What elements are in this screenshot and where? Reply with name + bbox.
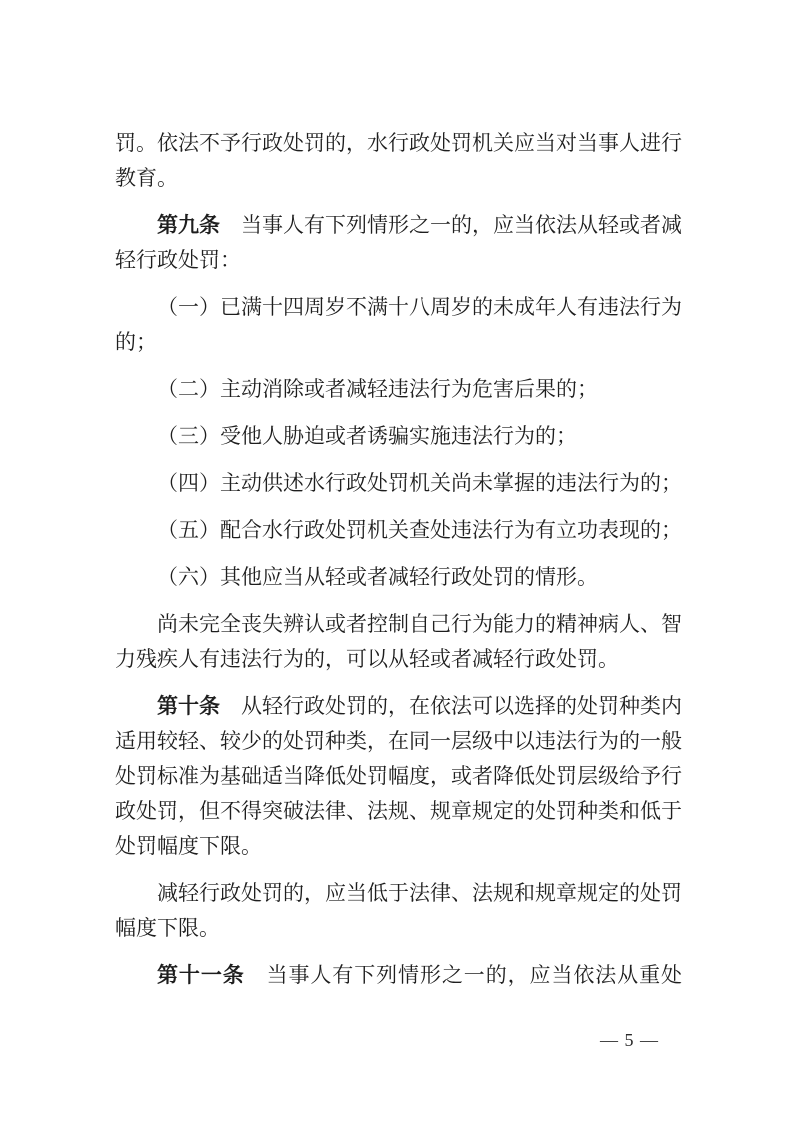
text-line: （三）受他人胁迫或者诱骗实施违法行为的； [115, 419, 682, 454]
text-line: 处罚幅度下限。 [115, 829, 682, 864]
text-line: 力残疾人有违法行为的，可以从轻或者减轻行政处罚。 [115, 642, 682, 677]
paragraph-item-3: （三）受他人胁迫或者诱骗实施违法行为的； [115, 419, 682, 454]
paragraph-item-6: （六）其他应当从轻或者减轻行政处罚的情形。 [115, 560, 682, 595]
paragraph-item-2: （二）主动消除或者减轻违法行为危害后果的； [115, 372, 682, 407]
text-line: 第九条 当事人有下列情形之一的，应当依法从轻或者减 [115, 208, 682, 243]
paragraph-item-1: （一）已满十四周岁不满十八周岁的未成年人有违法行为 的； [115, 290, 682, 360]
text-line: 的； [115, 325, 682, 360]
paragraph-item-4: （四）主动供述水行政处罚机关尚未掌握的违法行为的； [115, 466, 682, 501]
text-line: 教育。 [115, 161, 682, 196]
article-text: 从轻行政处罚的，在依法可以选择的处罚种类内 [220, 694, 682, 718]
text-line: 尚未完全丧失辨认或者控制自己行为能力的精神病人、智 [115, 607, 682, 642]
text-line: （四）主动供述水行政处罚机关尚未掌握的违法行为的； [115, 466, 682, 501]
text-line: 轻行政处罚： [115, 243, 682, 278]
text-line: （一）已满十四周岁不满十八周岁的未成年人有违法行为 [115, 290, 682, 325]
document-body: 罚。依法不予行政处罚的，水行政处罚机关应当对当事人进行 教育。 第九条 当事人有… [115, 126, 682, 993]
article-number: 第十一条 [157, 964, 245, 987]
article-text: 当事人有下列情形之一的，应当依法从轻或者减 [220, 213, 682, 237]
text-line: （五）配合水行政处罚机关查处违法行为有立功表现的； [115, 513, 682, 548]
text-line: （二）主动消除或者减轻违法行为危害后果的； [115, 372, 682, 407]
text-line: 政处罚，但不得突破法律、法规、规章规定的处罚种类和低于 [115, 794, 682, 829]
page-number: — 5 — [600, 1030, 670, 1050]
article-number: 第九条 [157, 214, 220, 237]
article-text: 当事人有下列情形之一的，应当依法从重处 [245, 963, 682, 987]
paragraph: 罚。依法不予行政处罚的，水行政处罚机关应当对当事人进行 教育。 [115, 126, 682, 196]
text-line: 处罚标准为基础适当降低处罚幅度，或者降低处罚层级给予行 [115, 759, 682, 794]
article-number: 第十条 [157, 695, 220, 718]
paragraph-item-5: （五）配合水行政处罚机关查处违法行为有立功表现的； [115, 513, 682, 548]
text-line: 罚。依法不予行政处罚的，水行政处罚机关应当对当事人进行 [115, 126, 682, 161]
paragraph: 尚未完全丧失辨认或者控制自己行为能力的精神病人、智 力残疾人有违法行为的，可以从… [115, 607, 682, 677]
text-line: 第十条 从轻行政处罚的，在依法可以选择的处罚种类内 [115, 689, 682, 724]
document-page: 罚。依法不予行政处罚的，水行政处罚机关应当对当事人进行 教育。 第九条 当事人有… [0, 0, 793, 1122]
paragraph-article-9: 第九条 当事人有下列情形之一的，应当依法从轻或者减 轻行政处罚： [115, 208, 682, 278]
text-line: （六）其他应当从轻或者减轻行政处罚的情形。 [115, 560, 682, 595]
text-line: 第十一条 当事人有下列情形之一的，应当依法从重处 [115, 958, 682, 993]
text-line: 适用较轻、较少的处罚种类，在同一层级中以违法行为的一般 [115, 724, 682, 759]
paragraph: 减轻行政处罚的，应当低于法律、法规和规章规定的处罚 幅度下限。 [115, 876, 682, 946]
paragraph-article-11: 第十一条 当事人有下列情形之一的，应当依法从重处 [115, 958, 682, 993]
paragraph-article-10: 第十条 从轻行政处罚的，在依法可以选择的处罚种类内 适用较轻、较少的处罚种类，在… [115, 689, 682, 864]
text-line: 减轻行政处罚的，应当低于法律、法规和规章规定的处罚 [115, 876, 682, 911]
text-line: 幅度下限。 [115, 911, 682, 946]
